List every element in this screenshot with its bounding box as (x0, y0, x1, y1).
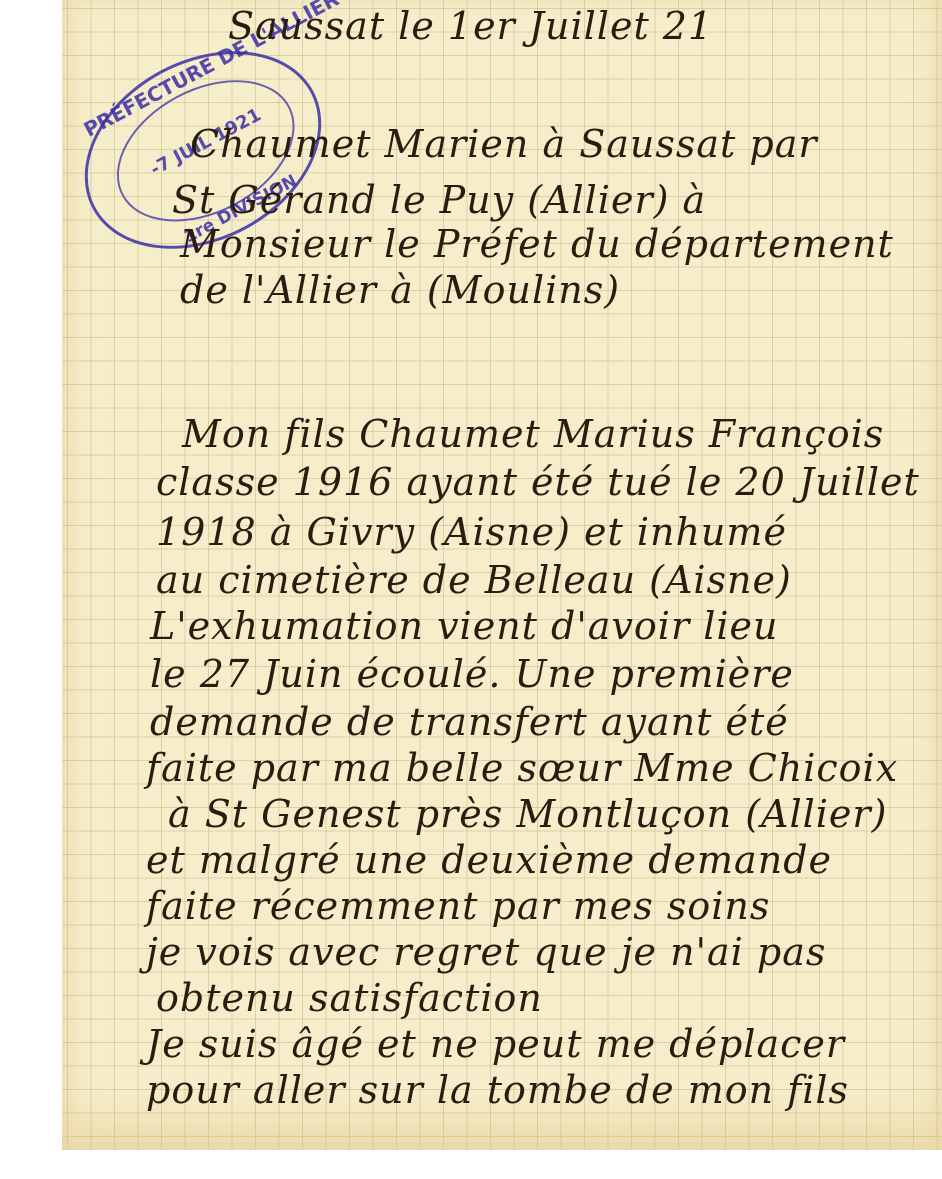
address-line: St Gérand le Puy (Allier) à (172, 178, 706, 222)
place-date: Saussat le 1er Juillet 21 (228, 4, 713, 48)
body-line: demande de transfert ayant été (150, 700, 789, 744)
body-line: à St Genest près Montluçon (Allier) (168, 792, 887, 836)
body-line: classe 1916 ayant été tué le 20 Juillet (156, 460, 920, 504)
body-line: pour aller sur la tombe de mon fils (146, 1068, 849, 1112)
body-line: 1918 à Givry (Aisne) et inhumé (156, 510, 787, 554)
body-line: Mon fils Chaumet Marius François (182, 412, 884, 456)
body-line: je vois avec regret que je n'ai pas (146, 930, 826, 974)
address-line: Chaumet Marien à Saussat par (190, 122, 818, 166)
body-line: et malgré une deuxième demande (146, 838, 832, 882)
address-line: Monsieur le Préfet du département (180, 222, 894, 266)
body-line: Je suis âgé et ne peut me déplacer (146, 1022, 845, 1066)
body-line: faite par ma belle sœur Mme Chicoix (146, 746, 898, 790)
address-line: de l'Allier à (Moulins) (180, 268, 620, 312)
body-line: obtenu satisfaction (156, 976, 543, 1020)
body-line: au cimetière de Belleau (Aisne) (156, 558, 792, 602)
body-line: le 27 Juin écoulé. Une première (150, 652, 794, 696)
body-line: faite récemment par mes soins (146, 884, 770, 928)
body-line: L'exhumation vient d'avoir lieu (150, 604, 778, 648)
